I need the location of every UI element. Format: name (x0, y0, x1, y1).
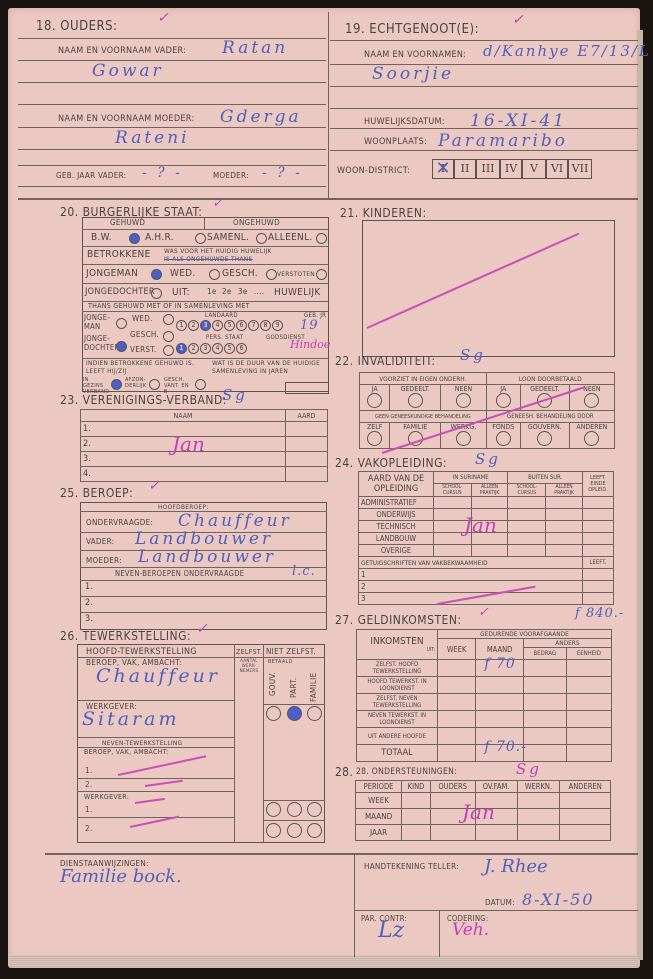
radio-samenl[interactable] (256, 233, 267, 244)
in-suriname-header: IN SURINAME (434, 472, 508, 484)
row-label: ADMINISTRATIEF (359, 497, 434, 509)
radio-thans-verst[interactable] (163, 345, 174, 356)
check-mark: ✓ (148, 478, 163, 494)
werkgever-value: Sitaram (82, 708, 179, 730)
district-V[interactable]: V (522, 159, 546, 179)
scribble: Jan (464, 513, 497, 537)
afzonderlijk-label: AFZON-DERLIJK (125, 377, 149, 389)
gedeelt-cell[interactable]: GEDEELT. (390, 385, 441, 411)
row-label: MAAND (356, 809, 402, 825)
check-mark: ✓ (196, 621, 211, 637)
residence-value: Paramaribo (438, 131, 568, 151)
radio-jongeman[interactable] (151, 269, 162, 280)
zelfst-label: ZELFST. (236, 648, 262, 656)
is-als-label: IS ALS ONGEHUWDE THANS (164, 255, 253, 263)
landaard-4[interactable]: 4 (212, 320, 223, 331)
opt-3e: 3e (238, 287, 248, 296)
anders-header: ANDERS (523, 639, 611, 648)
datum-value: 8-XI-50 (522, 890, 595, 909)
codering-value: Veh. (452, 920, 489, 940)
naam-header: NAAM (81, 410, 286, 422)
periode-header: PERIODE (356, 781, 402, 793)
radio-gesch[interactable] (266, 269, 277, 280)
mother-value: Gderga (220, 107, 302, 127)
row-label: LANDBOUW (359, 533, 434, 545)
radio-thans-jongedochter[interactable] (116, 341, 127, 352)
alleen-header: ALLEEN PRAKTIJK (471, 484, 508, 497)
pers-staat-label: PERS. STAAT (206, 334, 243, 341)
section-title: 22. INVALIDITEIT: (335, 354, 436, 368)
niet-zelfst-label: NIET ZELFST. (266, 647, 316, 656)
buiten-header: BUITEN SUR. (508, 472, 583, 484)
betrokkene-label: BETROKKENE (87, 249, 151, 260)
radio-thans-jongeman[interactable] (116, 318, 127, 329)
spouse-name-label: NAAM EN VOORNAMEN: (364, 50, 466, 60)
getuig-row[interactable]: 1 (359, 569, 583, 581)
row-4[interactable]: 4. (81, 467, 286, 482)
opt-huwelijk: HUWELIJK (274, 287, 321, 298)
bedrag-header: BEDRAG (523, 648, 566, 660)
neven-row[interactable]: 1. (85, 766, 92, 775)
vakopleiding-table: AARD VAN DE OPLEIDINGIN SURINAMEBUITEN S… (358, 471, 614, 605)
neven-row[interactable]: 2. (85, 780, 92, 789)
annotation: Sg (516, 760, 542, 778)
row-label: ZELFST. HOOFD TEWERKSTELLING (357, 660, 438, 677)
kinderen-box (362, 220, 615, 357)
week-cell[interactable] (438, 660, 476, 677)
thans-wed-label: WED. (132, 314, 153, 323)
section-title: 26. TEWERKSTELLING: (60, 629, 191, 643)
neven-label: NEVEN-BEROEPEN ONDERVRAAGDE (115, 569, 244, 578)
familie-label: FAMILIE (309, 673, 318, 702)
radio-1a[interactable] (266, 802, 281, 817)
district-II[interactable]: II (454, 159, 476, 179)
section-title: 24. VAKOPLEIDING: (335, 456, 447, 470)
birth-mother-value: - ? - (262, 165, 303, 181)
neven-annotation: l.c. (292, 564, 316, 579)
neen-cell[interactable]: NEEN (441, 385, 487, 411)
landaard-options: 1 2 3 4 5 6 7 8 9 (176, 320, 283, 331)
landaard-9[interactable]: 9 (272, 320, 283, 331)
annotation: Sg (222, 386, 248, 404)
aard-header: AARD (286, 410, 328, 422)
totaal-value: f 70.- (484, 739, 527, 755)
check-mark: ✓ (212, 196, 226, 211)
hoofd-label: HOOFD-TEWERKSTELLING (86, 647, 197, 657)
ongehuwd-label: ONGEHUWD (233, 218, 280, 227)
row-label: HOOFD TEWERKST. IN LOONDIENST (357, 677, 438, 694)
section-title: 27. GELDINKOMSTEN: (335, 613, 462, 627)
neven-beroep-label: BEROEP, VAK, AMBACHT: (84, 748, 169, 756)
district-label: WOON-DISTRICT: (337, 166, 410, 176)
werkgever2-label: WERKGEVER: (84, 793, 129, 801)
check-mark: ✓ (512, 12, 527, 28)
landaard-5[interactable]: 5 (224, 320, 235, 331)
gouv-label: GOUV. (268, 672, 277, 696)
leeft2-header: LEEFT. (583, 557, 614, 569)
geen-header: GEEN GENEESKUNDIGE BEHANDELING (360, 411, 487, 423)
opt-1e: 1e (207, 287, 217, 296)
row-label: NEVEN TEWERKST. IN LOONDIENST (357, 711, 438, 728)
voorziet-header: VOORZIET IN EIGEN ONDERH. (360, 373, 487, 385)
father-value: Ratan (222, 38, 288, 58)
birth-mother-label: MOEDER: (213, 171, 249, 180)
werkgever-row[interactable]: 2. (85, 824, 92, 833)
maand-value: f 70 (484, 656, 515, 672)
section-number: 28. (335, 765, 353, 779)
handtekening-label: HANDTEKENING TELLER: (364, 862, 459, 871)
dienstaanwijzingen-value: Familie bock. (60, 866, 182, 887)
radio-2a[interactable] (266, 823, 281, 838)
row-label: OVERIGE (359, 545, 434, 557)
duur-input[interactable] (285, 382, 329, 394)
totaal-cell[interactable]: f 70.- (476, 745, 524, 762)
annotation: Sg (475, 450, 501, 468)
row-label: ZELFST. NEVEN TEWERKSTELLING (357, 694, 438, 711)
gouvern-cell[interactable]: GOUVERN. (520, 423, 569, 449)
thans-label: THANS GEHUWD MET OF IN SAMENLEVING MET (88, 302, 250, 310)
district-III[interactable]: III (476, 159, 500, 179)
residence-label: WOONPLAATS: (364, 137, 427, 147)
radio-ingezins[interactable] (111, 379, 122, 390)
row-label: TECHNISCH (359, 521, 434, 533)
opt-dots: .... (254, 287, 264, 296)
week-header: WEEK (438, 639, 476, 660)
neven-tewerkstelling-label: NEVEN-TEWERKSTELLING (102, 739, 182, 747)
opt-2e: 2e (222, 287, 232, 296)
opt-jongedochter: JONGEDOCHTER (85, 287, 155, 297)
inkomsten-header: INKOMSTENUIT: (357, 630, 438, 660)
section-title: 18. OUDERS: (36, 19, 117, 34)
neven-row[interactable]: 3. (85, 614, 93, 624)
ja-cell[interactable]: JA (360, 385, 390, 411)
loon-ja-cell[interactable]: JA (486, 385, 520, 411)
godsdienst-value: Hindoe (290, 338, 330, 351)
getuig-header: GETUIGSCHRIFTEN VAN VAKBEKWAAMHEID (359, 557, 583, 569)
landaard-1[interactable]: 1 (176, 320, 187, 331)
jongedochter-label: JONGE-DOCHTER (84, 334, 114, 352)
section-title: 28. ONDERSTEUNINGEN: (356, 767, 457, 777)
pers-staat-2[interactable]: 2 (188, 343, 199, 354)
marriage-date-label: HUWELIJKSDATUM: (364, 117, 445, 127)
row-label: UIT ANDERE HOOFDE (357, 728, 438, 745)
radio-wed[interactable] (209, 269, 220, 280)
leeft-header: LEEFT. EINDE OPLEID. (583, 472, 614, 497)
hoofdberoep-label: HOOFDBEROEP: (158, 503, 209, 511)
opt-jongeman: JONGEMAN (86, 268, 138, 279)
section-title: 23. VERENIGINGS-VERBAND: (60, 393, 227, 407)
totaal-label: TOTAAL (357, 745, 438, 762)
landaard-7[interactable]: 7 (248, 320, 259, 331)
radio-alleenl[interactable] (316, 233, 327, 244)
aard-3[interactable] (286, 452, 328, 467)
was-voor-label: WAS VOOR HET HUIDIG HUWELIJK (164, 247, 272, 255)
vader-label: VADER: (86, 537, 114, 546)
werkgever-row[interactable]: 1. (85, 805, 92, 814)
ondervraagde-value: Chauffeur (178, 511, 292, 531)
radio-2c[interactable] (307, 823, 322, 838)
opt-alleenl: ALLEENL. (268, 232, 313, 243)
geldinkomsten-table: INKOMSTENUIT:GEDURENDE VOORAFGAANDE WEEK… (356, 629, 612, 762)
spouse-name-value-2: Soorjie (372, 64, 454, 84)
vader-value: Landbouwer (135, 529, 273, 549)
pers-staat-3[interactable]: 3 (200, 343, 211, 354)
aard-4[interactable] (286, 467, 328, 482)
getuig-row[interactable]: 2 (359, 581, 583, 593)
birth-father-label: GEB. JAAR VADER: (56, 171, 126, 180)
father-label: NAAM EN VOORNAAM VADER: (58, 46, 186, 56)
row-label: WEEK (356, 793, 402, 809)
district-selector: I✕ II III IV V VI VII (432, 159, 592, 179)
datum-label: DATUM: (485, 898, 515, 907)
landaard-6[interactable]: 6 (236, 320, 247, 331)
spouse-name-value: d/Kanhye E7/13/L (483, 42, 651, 60)
eenheid-header: EENHEID (566, 648, 611, 660)
opt-uit: UIT: (172, 287, 190, 298)
radio-1c[interactable] (307, 802, 322, 817)
row-label: ONDERWIJS (359, 509, 434, 521)
thans-gesch-label: GESCH. (130, 330, 159, 339)
aard-1[interactable] (286, 422, 328, 437)
moeder-label: MOEDER: (86, 556, 122, 565)
gedurende-header: GEDURENDE VOORAFGAANDE (438, 630, 612, 639)
radio-jongedochter[interactable] (151, 288, 162, 299)
radio-verstoten[interactable] (316, 269, 327, 280)
radio-thans-wed[interactable] (163, 314, 174, 325)
card-stack-edge (637, 30, 643, 960)
ondervraagde-label: ONDERVRAAGDE: (86, 518, 153, 527)
district-VI[interactable]: VI (546, 159, 568, 179)
cross-mark-icon: ✕ (433, 160, 453, 178)
aard-2[interactable] (286, 437, 328, 452)
neven-row[interactable]: 1. (85, 582, 93, 592)
radio-afzonderlijk[interactable] (149, 379, 160, 390)
section-title: 19. ECHTGENOOT(E): (345, 22, 479, 37)
alleen-header-2: ALLEEN PRAKTIJK (546, 484, 583, 497)
pers-staat-4[interactable]: 4 (212, 343, 223, 354)
aard-header: AARD VAN DE OPLEIDING (359, 472, 434, 497)
opt-wed: WED. (170, 268, 196, 279)
ovfam-header: OV.FAM. (475, 781, 517, 793)
section-title: 25. BEROEP: (60, 486, 133, 500)
opt-gesch: GESCH. (222, 268, 258, 279)
radio-ahr[interactable] (195, 233, 206, 244)
par-contr-value: Lz (378, 918, 404, 943)
invaliditeit-table: VOORZIET IN EIGEN ONDERH.LOON DOORBETAAL… (359, 372, 615, 449)
radio-familie[interactable] (307, 706, 322, 721)
anderen-cell[interactable]: ANDEREN (569, 423, 614, 449)
radio-gesch-vant[interactable] (195, 379, 206, 390)
gehuwd-label: GEHUWD (110, 218, 145, 227)
annotation: Sg (460, 346, 486, 364)
part-label: PART. (289, 678, 298, 698)
aantal-label: AANTAL WERK-NEMERS (236, 659, 262, 674)
radio-2b[interactable] (287, 823, 302, 838)
annotation: f 840.- (575, 606, 624, 621)
duur-label: WAT IS DE DUUR VAN DE HUIDIGE SAMENLEVIN… (212, 359, 322, 375)
radio-gouv[interactable] (266, 706, 281, 721)
opt-verstoten: VERSTOTEN (277, 270, 315, 278)
birth-father-value: - ? - (142, 165, 183, 181)
pers-staat-6[interactable]: 6 (236, 343, 247, 354)
werkn-header: WERKN. (517, 781, 560, 793)
radio-1b[interactable] (287, 802, 302, 817)
section-title: 21. KINDEREN: (340, 206, 427, 220)
opt-samenl: SAMENL. (207, 232, 249, 243)
mother-value-2: Rateni (115, 128, 190, 148)
pers-staat-5[interactable]: 5 (224, 343, 235, 354)
check-mark: ✓ (478, 605, 492, 620)
card-stack-bottom (10, 955, 638, 967)
moeder-value: Landbouwer (138, 547, 276, 567)
fonds-cell[interactable]: FONDS (486, 423, 520, 449)
school-header: SCHOOL-CURSUS (434, 484, 472, 497)
zelf-cell[interactable]: ZELF (360, 423, 390, 449)
row-label: JAAR (356, 825, 402, 841)
anderen-header: ANDEREN (560, 781, 611, 793)
ouders-header: OUDERS (430, 781, 475, 793)
betaald-label: BETAALD (268, 659, 293, 665)
check-mark: ✓ (157, 10, 172, 26)
pers-staat-options: 1 2 3 4 5 6 (176, 343, 247, 354)
jongeman-label: JONGE-MAN (84, 313, 114, 331)
father-value-2: Gowar (92, 61, 164, 81)
pers-staat-1[interactable]: 1 (176, 343, 187, 354)
gebjr-value: 19 (300, 318, 319, 333)
district-I[interactable]: I✕ (432, 159, 454, 179)
neven-row[interactable]: 2. (85, 598, 93, 608)
district-VII[interactable]: VII (568, 159, 592, 179)
radio-thans-gesch[interactable] (163, 331, 174, 342)
indien-label: INDIEN BETROKKENE GEHUWD IS, LEEFT HIJ/Z… (86, 359, 206, 375)
mother-label: NAAM EN VOORNAAM MOEDER: (58, 114, 194, 124)
scribble: Jan (462, 800, 495, 824)
radio-part[interactable] (287, 706, 302, 721)
landaard-2[interactable]: 2 (188, 320, 199, 331)
landaard-label: LANDAARD (205, 312, 238, 319)
kind-header: KIND (402, 781, 431, 793)
radio-bw[interactable] (129, 233, 140, 244)
school-header-2: SCHOOL-CURSUS (508, 484, 546, 497)
district-IV[interactable]: IV (500, 159, 522, 179)
handtekening-value: J. Rhee (484, 856, 548, 877)
opt-bw: B.W. (91, 232, 112, 243)
loon-header: LOON DOORBETAALD (486, 373, 614, 385)
thans-verst-label: VERST. (130, 345, 157, 354)
maand-cell[interactable]: f 70 (476, 660, 524, 677)
landaard-3[interactable]: 3 (200, 320, 211, 331)
scribble: Jan (172, 432, 205, 456)
beroep-value: Chauffeur (96, 665, 220, 687)
opt-ahr: A.H.R. (145, 232, 174, 243)
landaard-8[interactable]: 8 (260, 320, 271, 331)
